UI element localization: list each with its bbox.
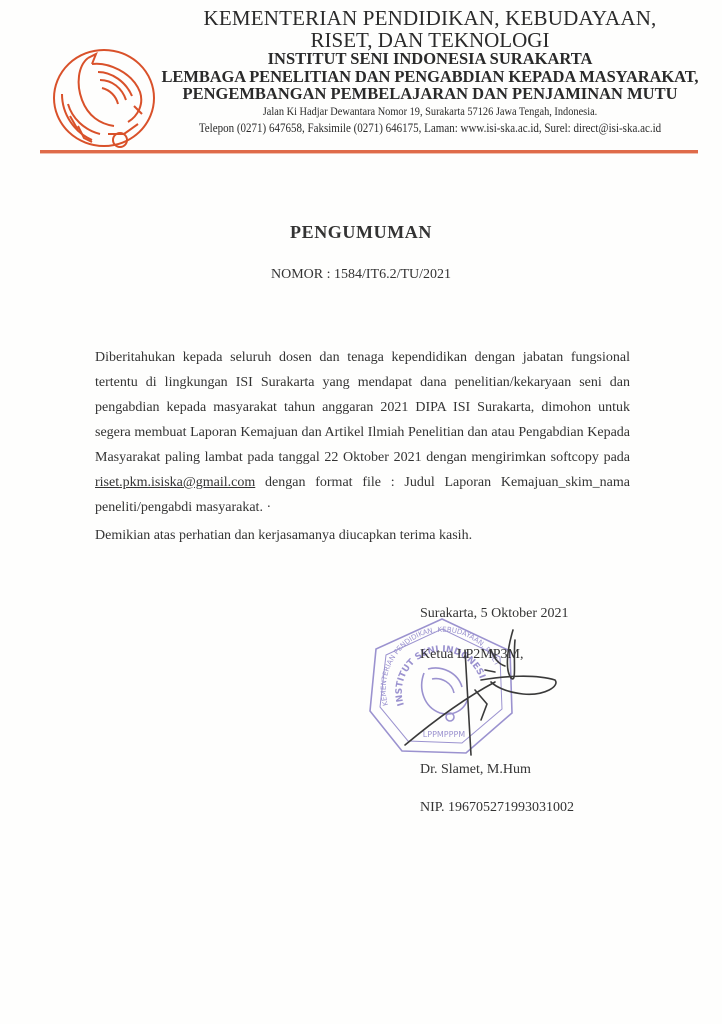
letterhead-divider-thin	[40, 153, 698, 154]
document-page: KEMENTERIAN PENDIDIKAN, KEBUDAYAAN, RISE…	[0, 0, 722, 1024]
unit-name-line2: PENGEMBANGAN PEMBELAJARAN DAN PENJAMINAN…	[150, 86, 710, 105]
announcement-body: Diberitahukan kepada seluruh dosen dan t…	[95, 345, 630, 520]
document-title: PENGUMUMAN	[0, 222, 722, 243]
closing-text: Demikian atas perhatian dan kerjasamanya…	[95, 528, 472, 544]
contact-info: Telepon (0271) 647658, Faksimile (0271) …	[184, 122, 677, 138]
ministry-name-line2: RISET, DAN TEKNOLOGI	[150, 30, 710, 50]
handwritten-signature-icon	[395, 620, 560, 760]
signer-name: Dr. Slamet, M.Hum	[420, 762, 531, 778]
phoenix-emblem-icon	[48, 44, 160, 152]
letterhead: KEMENTERIAN PENDIDIKAN, KEBUDAYAAN, RISE…	[150, 8, 710, 138]
address: Jalan Ki Hadjar Dewantara Nomor 19, Sura…	[178, 107, 682, 122]
body-text-part1: Diberitahukan kepada seluruh dosen dan t…	[95, 350, 630, 465]
ministry-name-line1: KEMENTERIAN PENDIDIKAN, KEBUDAYAAN,	[150, 8, 710, 30]
signer-nip: NIP. 196705271993031002	[420, 800, 574, 816]
email-link[interactable]: riset.pkm.isiska@gmail.com	[95, 475, 255, 490]
document-number: NOMOR : 1584/IT6.2/TU/2021	[0, 267, 722, 283]
